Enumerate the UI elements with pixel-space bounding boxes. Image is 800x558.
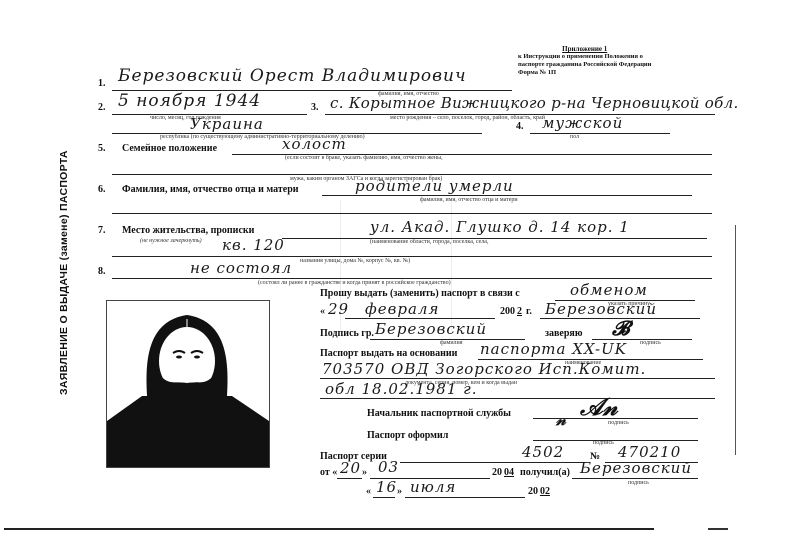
field-4-line bbox=[530, 133, 670, 134]
field-7-sublabel: (не нужное зачеркнуть) bbox=[140, 238, 202, 244]
quote-close: » bbox=[362, 467, 367, 478]
date2-year-prefix: 20 bbox=[528, 486, 538, 497]
field-request-month[interactable]: февраля bbox=[365, 300, 439, 318]
field-8-line bbox=[112, 278, 712, 279]
field-6-number: 6. bbox=[98, 184, 106, 195]
appendix-line-3: Форма № 1П bbox=[518, 69, 651, 77]
field-residence[interactable]: ул. Акад. Глушко д. 14 кор. 1 bbox=[370, 218, 630, 236]
field-7-number: 7. bbox=[98, 225, 106, 236]
basis-label: Паспорт выдать на основании bbox=[320, 348, 457, 359]
chief-label: Начальник паспортной службы bbox=[367, 408, 511, 419]
field-7b-caption: названия улицы, дома №, корпус №, кв. №) bbox=[300, 258, 410, 264]
field-reason[interactable]: обменом bbox=[570, 281, 648, 299]
basis-line-3 bbox=[320, 398, 715, 399]
appendix-line-1: к Инструкции о применении Положения о bbox=[518, 53, 651, 61]
field-6-label: Фамилия, имя, отчество отца и матери bbox=[122, 184, 299, 195]
field-birth-place[interactable]: с. Корытное Вижницкого р-на Черновицкой … bbox=[330, 94, 739, 112]
field-birth-date[interactable]: 5 ноября 1944 bbox=[118, 91, 261, 111]
applicant-photo bbox=[106, 300, 270, 468]
appendix-header: Приложение 1 к Инструкции о применении П… bbox=[518, 45, 651, 77]
field-5b-line bbox=[112, 174, 712, 175]
field-parents[interactable]: родители умерли bbox=[355, 177, 514, 195]
request-year-prefix: 200 bbox=[500, 306, 515, 317]
issue-year-prefix: 20 bbox=[492, 467, 502, 478]
field-full-name[interactable]: Березовский Орест Владимирович bbox=[118, 66, 467, 86]
field-6b-line bbox=[112, 213, 712, 214]
field-date2-month[interactable]: июля bbox=[410, 478, 456, 496]
field-issue-month[interactable]: 03 bbox=[378, 458, 399, 476]
field-7-caption: (наименование области, города, поселка, … bbox=[370, 239, 488, 245]
request-year-suffix[interactable]: 2 bbox=[517, 306, 522, 317]
basis-line-2 bbox=[320, 378, 715, 379]
chief-caption: подпись bbox=[608, 420, 629, 426]
field-basis-3[interactable]: обл 18.02.1981 г. bbox=[325, 380, 478, 398]
field-certify-name[interactable]: Березовский bbox=[375, 320, 487, 338]
chief-signature: 𝒜𝓃 bbox=[580, 392, 618, 421]
field-6-caption: фамилия, имя, отчество отца и матери bbox=[420, 197, 518, 203]
certify-label: Подпись гр. bbox=[320, 328, 374, 339]
form-vertical-title: ЗАЯВЛЕНИЕ О ВЫДАЧЕ (замене) ПАСПОРТА bbox=[58, 150, 70, 395]
issued-by-label: Паспорт оформил bbox=[367, 430, 448, 441]
issued-by-line bbox=[533, 440, 698, 441]
field-basis-2[interactable]: 703570 ОВД Зогорского Исп.Комит. bbox=[322, 360, 646, 378]
field-8-number: 8. bbox=[98, 266, 106, 277]
field-7b-line bbox=[112, 256, 712, 257]
field-2-number: 2. bbox=[98, 102, 106, 113]
field-4-caption: пол bbox=[570, 134, 579, 140]
request-signature[interactable]: Березовский bbox=[545, 300, 657, 318]
certify-signature: 𝓑 bbox=[612, 316, 630, 340]
received-signature-line bbox=[572, 478, 698, 479]
bottom-rule bbox=[4, 528, 654, 530]
field-issue-day[interactable]: 20 bbox=[340, 459, 361, 477]
field-request-day[interactable]: 29 bbox=[328, 300, 349, 318]
issue-year-suffix[interactable]: 04 bbox=[504, 467, 514, 478]
date2-day-line bbox=[373, 497, 395, 498]
field-date2-day[interactable]: 16 bbox=[376, 478, 397, 496]
field-3-number: 3. bbox=[311, 102, 319, 113]
from-label: от « bbox=[320, 467, 337, 478]
quote-open: « bbox=[320, 306, 325, 317]
date2-year-suffix[interactable]: 02 bbox=[540, 486, 550, 497]
field-7-line bbox=[282, 238, 707, 239]
right-margin-line bbox=[735, 225, 736, 455]
field-republic[interactable]: Украина bbox=[190, 115, 264, 133]
appendix-line-2: паспорте гражданина Российской Федерации bbox=[518, 61, 651, 69]
portrait-icon bbox=[107, 301, 269, 467]
bottom-rule-fragment bbox=[708, 528, 728, 530]
received-signature[interactable]: Березовский bbox=[580, 459, 692, 477]
field-marital-status[interactable]: холост bbox=[282, 135, 347, 153]
chief-initial: 𝓃 bbox=[556, 410, 566, 430]
field-citizenship[interactable]: не состоял bbox=[190, 259, 292, 277]
field-5-label: Семейное положение bbox=[122, 143, 217, 154]
request-year-label: г. bbox=[526, 306, 532, 317]
field-basis-1[interactable]: паспорта XX-UK bbox=[480, 340, 627, 358]
field-5-caption: (если состоит в браке, указать фамилию, … bbox=[285, 155, 443, 161]
field-8-caption: (состоял ли ранее в гражданстве и когда … bbox=[258, 280, 451, 286]
series-line bbox=[400, 462, 585, 463]
field-5-number: 5. bbox=[98, 143, 106, 154]
field-6-line bbox=[322, 195, 692, 196]
date2-month-line bbox=[405, 497, 525, 498]
appendix-title: Приложение 1 bbox=[518, 45, 651, 53]
issue-day-line bbox=[337, 478, 362, 479]
quote-close-2: » bbox=[397, 486, 402, 497]
field-sex[interactable]: мужской bbox=[542, 114, 623, 132]
request-date-line bbox=[345, 318, 495, 319]
certify-verify-caption: подпись bbox=[640, 340, 661, 346]
certify-verify-label: заверяю bbox=[545, 328, 582, 339]
field-passport-series[interactable]: 4502 bbox=[522, 443, 564, 461]
request-label: Прошу выдать (заменить) паспорт в связи … bbox=[320, 288, 520, 299]
certify-name-caption: фамилия bbox=[440, 340, 463, 346]
field-1-number: 1. bbox=[98, 78, 106, 89]
field-7-label: Место жительства, прописки bbox=[122, 225, 254, 236]
field-4-number: 4. bbox=[516, 121, 524, 132]
number-caption: подпись bbox=[593, 440, 614, 446]
received-caption: подпись bbox=[628, 480, 649, 486]
received-label: получил(а) bbox=[520, 467, 570, 478]
quote-open-2: « bbox=[366, 486, 371, 497]
field-apartment[interactable]: кв. 120 bbox=[222, 236, 285, 254]
